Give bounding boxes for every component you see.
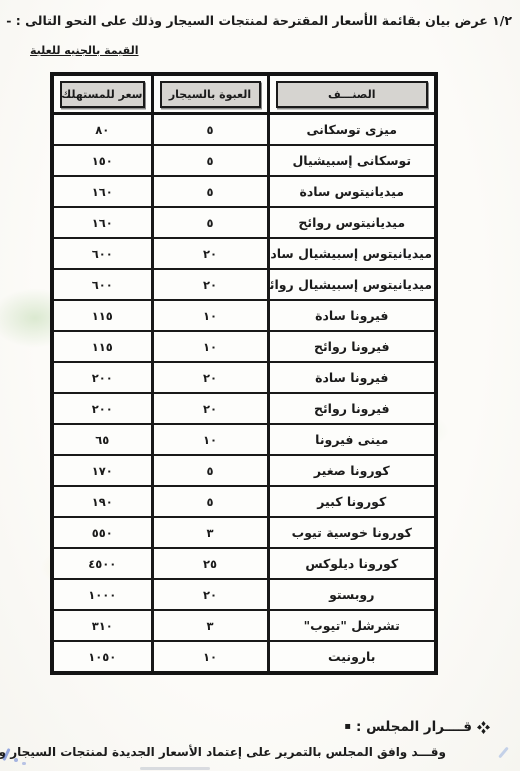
table-row: فيرونا روائح١٠١١٥ [52, 331, 436, 362]
table-row: فيرونا سادة١٠١١٥ [52, 300, 436, 331]
table-row: مينى فيرونا١٠٦٥ [52, 424, 436, 455]
pack-qty-cell: ٢٠ [152, 579, 268, 610]
pack-qty-cell: ٥ [152, 176, 268, 207]
item-name-cell: ميديانيتوس روائح [268, 207, 436, 238]
price-cell: ١٩٠ [52, 486, 152, 517]
table-row: كورونا ديلوكس٢٥٤٥٠٠ [52, 548, 436, 579]
item-name-cell: بارونيت [268, 641, 436, 673]
price-unit-note: القيمة بالجنيه للعلبة [30, 44, 138, 57]
header-box-item: الصنـــف [276, 81, 429, 108]
page-title: ١/٢ عرض بيان بقائمة الأسعار المقترحة لمن… [6, 13, 512, 28]
price-cell: ١١٥ [52, 300, 152, 331]
item-name-cell: ميزى توسكانى [268, 114, 436, 146]
price-cell: ١١٥ [52, 331, 152, 362]
item-name-cell: فيرونا روائح [268, 393, 436, 424]
header-box-pack: العبوة بالسيجار [160, 81, 261, 108]
table-row: فيرونا روائح٢٠٢٠٠ [52, 393, 436, 424]
item-name-cell: روبستو [268, 579, 436, 610]
item-name-cell: ميديانيتوس سادة [268, 176, 436, 207]
pack-qty-cell: ٢٥ [152, 548, 268, 579]
pack-qty-cell: ٥ [152, 145, 268, 176]
dash-mark: ▪ [344, 722, 351, 732]
price-cell: ٨٠ [52, 114, 152, 146]
pack-qty-cell: ٢٠ [152, 362, 268, 393]
price-cell: ١٠٥٠ [52, 641, 152, 673]
table-row: كورونا صغير٥١٧٠ [52, 455, 436, 486]
item-name-cell: فيرونا سادة [268, 362, 436, 393]
item-name-cell: توسكانى إسبيشيال [268, 145, 436, 176]
pack-qty-cell: ٥ [152, 486, 268, 517]
decision-heading-label: قــــرار المجلس : [356, 719, 472, 735]
price-cell: ١٠٠٠ [52, 579, 152, 610]
item-name-cell: مينى فيرونا [268, 424, 436, 455]
price-cell: ١٥٠ [52, 145, 152, 176]
table-row: ميديانيتوس سادة٥١٦٠ [52, 176, 436, 207]
price-cell: ١٦٠ [52, 176, 152, 207]
price-cell: ٢٠٠ [52, 393, 152, 424]
pack-qty-cell: ٣ [152, 610, 268, 641]
pack-qty-cell: ٢٠ [152, 393, 268, 424]
decision-body-text: وقـــد وافق المجلس بالتمرير على إعتماد ا… [0, 745, 446, 759]
pack-qty-cell: ١٠ [152, 331, 268, 362]
pen-mark [498, 747, 509, 759]
pack-qty-cell: ٥ [152, 207, 268, 238]
table-row: تشرشل "تيوب"٣٣١٠ [52, 610, 436, 641]
pack-qty-cell: ٥ [152, 114, 268, 146]
price-cell: ٦٠٠ [52, 269, 152, 300]
item-name-cell: كورونا كبير [268, 486, 436, 517]
table-row: بارونيت١٠١٠٥٠ [52, 641, 436, 673]
price-cell: ١٦٠ [52, 207, 152, 238]
item-name-cell: فيرونا سادة [268, 300, 436, 331]
pack-qty-cell: ٣ [152, 517, 268, 548]
pen-mark [140, 767, 210, 770]
pack-qty-cell: ١٠ [152, 424, 268, 455]
price-cell: ٣١٠ [52, 610, 152, 641]
table-row: ميديانيتوس إسبيشيال سادة٢٠٦٠٠ [52, 238, 436, 269]
table-row: ميديانيتوس روائح٥١٦٠ [52, 207, 436, 238]
item-name-cell: ميديانيتوس إسبيشيال سادة [268, 238, 436, 269]
table-header-row: الصنـــف العبوة بالسيجار سعر للمستهلك [52, 74, 436, 114]
item-name-cell: ميديانيتوس إسبيشيال روائح [268, 269, 436, 300]
item-name-cell: فيرونا روائح [268, 331, 436, 362]
table-row: كورونا كبير٥١٩٠ [52, 486, 436, 517]
pack-qty-cell: ٢٠ [152, 238, 268, 269]
table-row: ميزى توسكانى٥٨٠ [52, 114, 436, 146]
table-row: توسكانى إسبيشيال٥١٥٠ [52, 145, 436, 176]
table-row: روبستو٢٠١٠٠٠ [52, 579, 436, 610]
diamond-bullet-icon [477, 721, 490, 734]
price-cell: ٦٠٠ [52, 238, 152, 269]
price-cell: ٢٠٠ [52, 362, 152, 393]
item-name-cell: تشرشل "تيوب" [268, 610, 436, 641]
item-name-cell: كورونا صغير [268, 455, 436, 486]
price-table: الصنـــف العبوة بالسيجار سعر للمستهلك مي… [50, 72, 438, 675]
col-header-price: سعر للمستهلك [52, 74, 152, 114]
header-box-price: سعر للمستهلك [60, 81, 145, 108]
pack-qty-cell: ١٠ [152, 300, 268, 331]
price-cell: ٤٥٠٠ [52, 548, 152, 579]
price-cell: ٦٥ [52, 424, 152, 455]
price-cell: ١٧٠ [52, 455, 152, 486]
table-row: كورونا خوسية تيوب٣٥٥٠ [52, 517, 436, 548]
pen-mark [22, 762, 26, 765]
pack-qty-cell: ٢٠ [152, 269, 268, 300]
decision-heading: قــــرار المجلس : ▪ [344, 719, 490, 735]
table-row: فيرونا سادة٢٠٢٠٠ [52, 362, 436, 393]
document-page: ١/٢ عرض بيان بقائمة الأسعار المقترحة لمن… [0, 0, 520, 771]
item-name-cell: كورونا خوسية تيوب [268, 517, 436, 548]
col-header-item: الصنـــف [268, 74, 436, 114]
pack-qty-cell: ٥ [152, 455, 268, 486]
price-cell: ٥٥٠ [52, 517, 152, 548]
item-name-cell: كورونا ديلوكس [268, 548, 436, 579]
col-header-pack: العبوة بالسيجار [152, 74, 268, 114]
pack-qty-cell: ١٠ [152, 641, 268, 673]
table-row: ميديانيتوس إسبيشيال روائح٢٠٦٠٠ [52, 269, 436, 300]
